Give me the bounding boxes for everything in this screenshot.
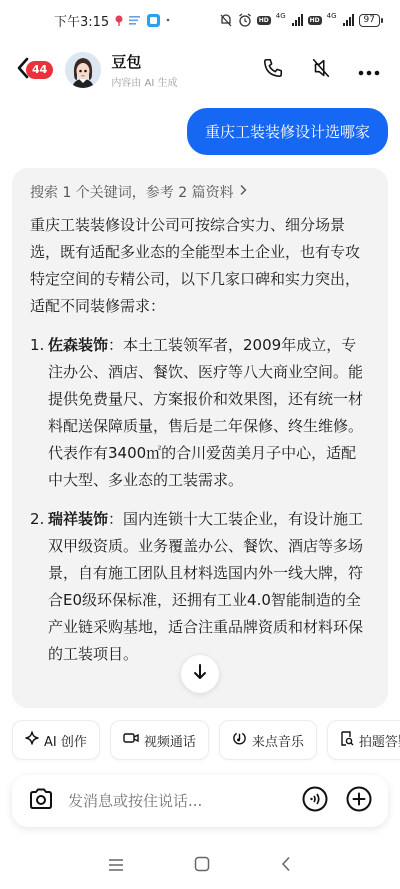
sparkle-icon [25, 731, 39, 749]
battery-icon: 97 [359, 14, 380, 27]
hd-badge-1: HD [257, 16, 271, 25]
scroll-to-bottom-button[interactable] [181, 655, 219, 693]
company-name: 佐森装饰 [48, 336, 108, 354]
alarm-icon [238, 13, 252, 27]
chip-photo-question[interactable]: 拍题答疑 [327, 720, 400, 760]
system-back-icon[interactable] [280, 856, 292, 876]
contact-name: 豆包 [111, 51, 177, 72]
chip-label: 视频通话 [144, 731, 196, 750]
avatar[interactable] [65, 52, 101, 88]
app-square-icon [147, 14, 160, 27]
message-lines-icon [129, 15, 141, 25]
status-bar: 下午3:15 HD 4G HD 4G 97 [0, 0, 400, 40]
bell-muted-icon [219, 13, 233, 27]
signal-icon-1 [292, 14, 303, 26]
ai-response-card: 搜索 1 个关键词，参考 2 篇资料 重庆工装装修设计公司可按综合实力、细分场景… [12, 168, 388, 708]
user-message-bubble[interactable]: 重庆工装装修设计选哪家 [187, 108, 388, 155]
recent-apps-icon[interactable] [108, 857, 124, 876]
chip-label: 来点音乐 [252, 731, 304, 750]
system-nav-bar [0, 848, 400, 884]
quick-actions: AI 创作 视频通话 来点音乐 拍题答疑 [12, 720, 400, 760]
hd-badge-2: HD [308, 16, 322, 25]
chip-label: AI 创作 [44, 731, 87, 750]
company-name: 瑞祥装饰 [48, 510, 108, 528]
chevron-right-icon [238, 184, 248, 200]
chip-label: 拍题答疑 [359, 731, 400, 750]
ai-generated-label: 内容由 AI 生成 [111, 74, 177, 89]
plus-icon[interactable] [346, 786, 372, 816]
search-summary: 搜索 1 个关键词，参考 2 篇资料 [30, 182, 234, 202]
company-description: ：本土工装领军者，2009年成立，专注办公、酒店、餐饮、医疗等八大商业空间。能提… [48, 336, 363, 489]
ai-intro-text: 重庆工装装修设计公司可按综合实力、细分场景选，既有适配多业态的全能型本土企业，也… [30, 212, 370, 320]
signal-icon-2 [343, 14, 354, 26]
unread-badge: 44 [26, 61, 53, 79]
list-item: 2. 瑞祥装饰：国内连锁十大工装企业，有设计施工双甲级资质。业务覆盖办公、餐饮、… [30, 506, 370, 668]
message-input[interactable] [68, 792, 302, 810]
chip-ai-create[interactable]: AI 创作 [12, 720, 100, 760]
chip-video-call[interactable]: 视频通话 [110, 720, 209, 760]
music-icon [232, 731, 247, 750]
more-options-icon[interactable] [358, 61, 380, 80]
list-number: 2. [30, 506, 48, 668]
arrow-down-icon [193, 664, 207, 684]
list-item: 1. 佐森装饰：本土工装领军者，2009年成立，专注办公、酒店、餐饮、医疗等八大… [30, 332, 370, 494]
phone-call-icon[interactable] [262, 57, 284, 83]
search-references-link[interactable]: 搜索 1 个关键词，参考 2 篇资料 [30, 180, 370, 204]
chat-header: 44 豆包 内容由 AI 生成 [0, 40, 400, 100]
chip-music[interactable]: 来点音乐 [219, 720, 317, 760]
message-composer [12, 775, 388, 827]
network-type-1: 4G [276, 12, 286, 20]
voice-input-icon[interactable] [302, 786, 328, 816]
camera-icon[interactable] [28, 787, 54, 815]
dot-icon [166, 18, 170, 22]
video-icon [123, 732, 139, 748]
list-number: 1. [30, 332, 48, 494]
company-description: ：国内连锁十大工装企业，有设计施工双甲级资质。业务覆盖办公、餐饮、酒店等多场景，… [48, 510, 363, 663]
photo-question-icon [340, 731, 354, 750]
location-pin-icon [115, 15, 123, 26]
back-button[interactable]: 44 [16, 57, 53, 83]
home-icon[interactable] [194, 856, 210, 876]
speaker-muted-icon[interactable] [310, 57, 332, 83]
status-time: 下午3:15 [54, 11, 109, 30]
network-type-2: 4G [327, 12, 337, 20]
